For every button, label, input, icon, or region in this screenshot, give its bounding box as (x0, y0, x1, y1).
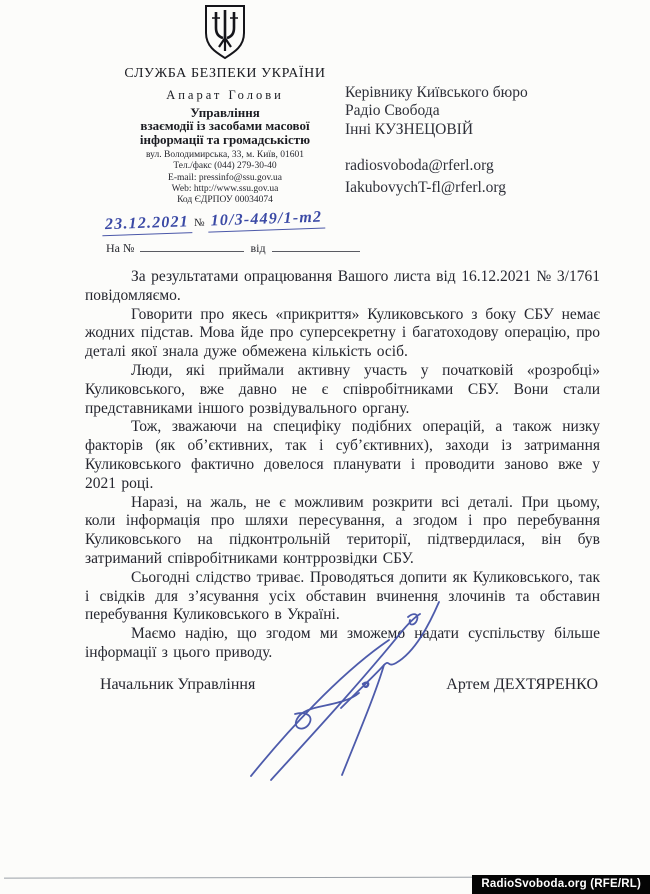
outgoing-number-row: 23.12.2021 № 10/3-449/1-т2 (100, 207, 351, 236)
signoff-row: Начальник Управління Артем ДЕХТЯРЕНКО (100, 676, 598, 694)
paragraph-7: Маємо надію, що згодом ми зможемо надати… (85, 625, 600, 663)
reply-number-blank (140, 241, 244, 252)
reply-vid-label: від (250, 241, 265, 255)
org-unit: Управління взаємодії із засобами масової… (100, 106, 350, 146)
org-unit-line2: взаємодії із засобами масової (100, 119, 350, 132)
org-subdivision: Апарат Голови (100, 88, 350, 103)
contact-address: вул. Володимирська, 33, м. Київ, 01601 (100, 150, 350, 161)
signer-name: Артем ДЕХТЯРЕНКО (446, 676, 598, 694)
scanned-letter-page: СЛУЖБА БЕЗПЕКИ УКРАЇНИ Апарат Голови Упр… (0, 0, 650, 894)
org-unit-line3: інформації та громадськістю (100, 133, 350, 146)
contact-phone: Тел./факс (044) 279-30-40 (100, 161, 350, 172)
recipient-email-2: IakubovychT-fl@rferl.org (345, 177, 605, 199)
contact-edrpou: Код ЄДРПОУ 00034074 (100, 195, 350, 206)
paragraph-1: За результатами опрацювання Вашого листа… (85, 268, 600, 306)
paragraph-3: Люди, які приймали активну участь у поча… (85, 362, 600, 418)
signer-position: Начальник Управління (100, 676, 255, 694)
recipient-organization: Радіо Свобода (345, 102, 605, 120)
handwritten-number: 10/3-449/1-т2 (207, 208, 325, 232)
recipient-block: Керівнику Київського бюро Радіо Свобода … (345, 84, 605, 199)
paragraph-4: Тож, зважаючи на специфіку подібних опер… (85, 418, 600, 493)
paragraph-6: Сьогодні слідство триває. Проводяться до… (85, 569, 600, 625)
letterhead: СЛУЖБА БЕЗПЕКИ УКРАЇНИ Апарат Голови Упр… (100, 4, 350, 256)
contact-web: Web: http://www.ssu.gov.ua (100, 184, 350, 195)
recipient-title: Керівнику Київського бюро (345, 84, 605, 102)
recipient-email-1: radiosvoboda@rferl.org (345, 155, 605, 177)
source-watermark: RadioSvoboda.org (RFE/RL) (472, 875, 650, 894)
trident-coat-of-arms-icon (200, 4, 250, 61)
paragraph-2: Говорити про якесь «прикриття» Куликовсь… (85, 306, 600, 362)
reply-date-blank (272, 241, 360, 252)
contact-block: вул. Володимирська, 33, м. Київ, 01601 Т… (100, 150, 350, 207)
letter-body: За результатами опрацювання Вашого листа… (85, 268, 600, 663)
recipient-emails: radiosvoboda@rferl.org IakubovychT-fl@rf… (345, 155, 605, 199)
reply-reference-line: На №від (100, 241, 350, 256)
recipient-name: Інні КУЗНЕЦОВІЙ (345, 121, 605, 139)
number-sign: № (192, 217, 208, 229)
org-name: СЛУЖБА БЕЗПЕКИ УКРАЇНИ (100, 66, 350, 82)
paragraph-5: Наразі, на жаль, не є можливим розкрити … (85, 494, 600, 569)
reply-na-label: На № (106, 241, 134, 255)
contact-email: E-mail: pressinfo@ssu.gov.ua (100, 173, 350, 184)
org-unit-line1: Управління (100, 106, 350, 119)
handwritten-date: 23.12.2021 (102, 213, 193, 236)
